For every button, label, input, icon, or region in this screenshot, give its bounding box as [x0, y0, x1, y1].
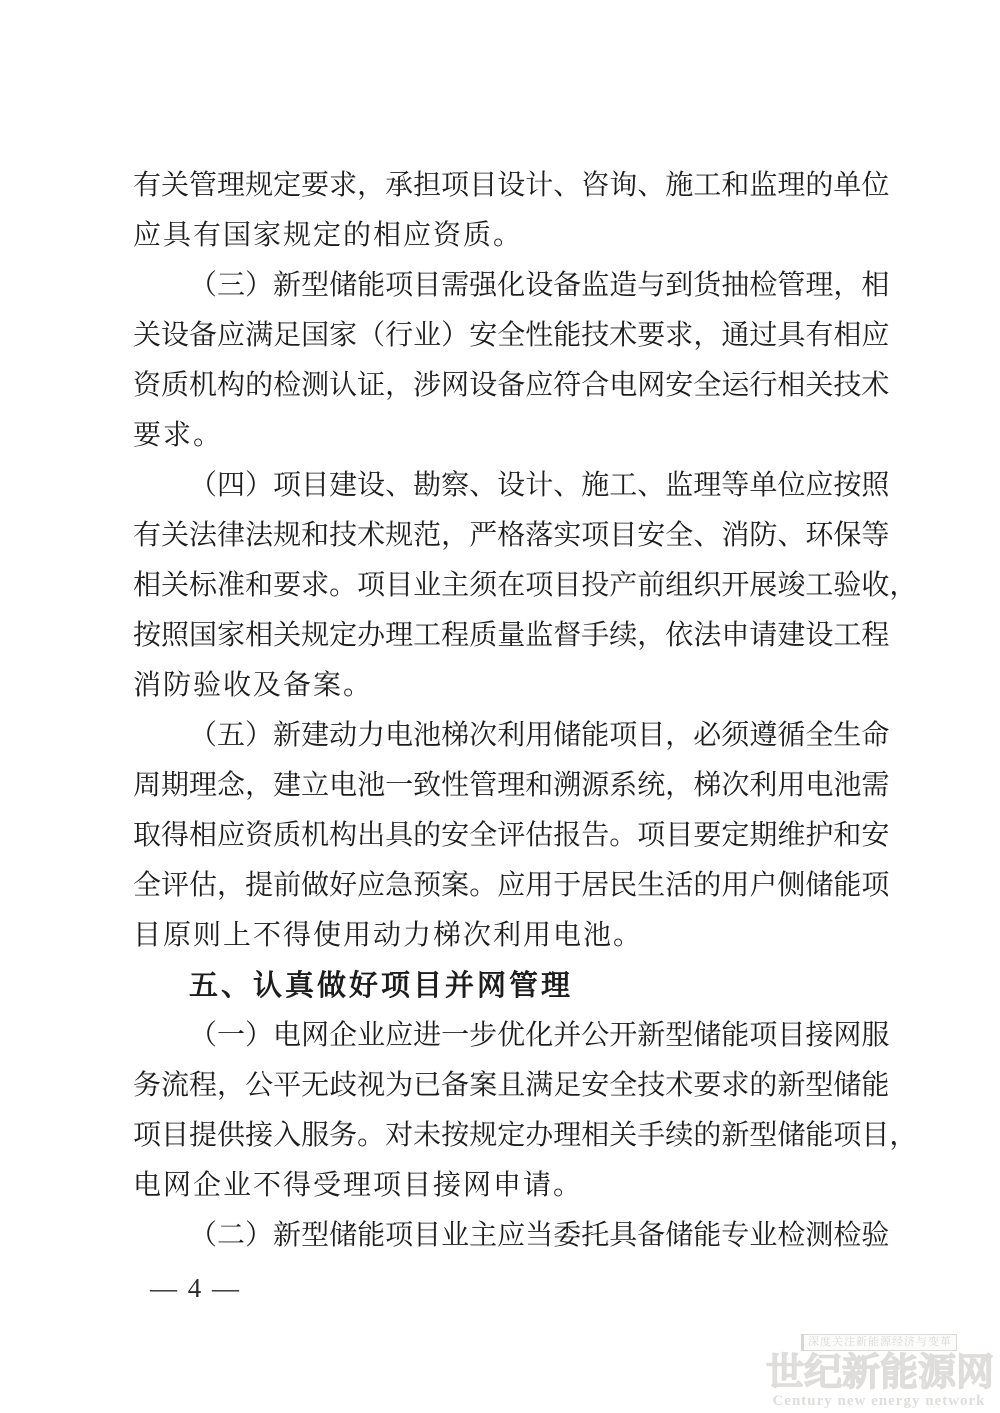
glyph: 设 — [805, 611, 833, 661]
glyph: 居 — [581, 861, 609, 911]
glyph: 相 — [189, 811, 217, 861]
glyph: ， — [693, 311, 721, 361]
glyph: 出 — [357, 811, 385, 861]
glyph: 项 — [833, 1111, 861, 1161]
text-line: 相关标准和要求。项目业主须在项目投产前组织开展竣工验收， — [133, 561, 873, 611]
glyph: 设 — [497, 461, 525, 511]
glyph: 三 — [217, 261, 245, 311]
glyph: 报 — [553, 811, 581, 861]
glyph: 业 — [749, 1211, 777, 1261]
glyph: 户 — [749, 861, 777, 911]
glyph: 目 — [637, 711, 665, 761]
glyph: 实 — [553, 511, 581, 561]
glyph: 依 — [665, 611, 693, 661]
glyph: 安 — [637, 511, 665, 561]
glyph: 开 — [721, 561, 749, 611]
glyph: 未 — [413, 1111, 441, 1161]
glyph: 且 — [497, 1061, 525, 1111]
glyph: 单 — [749, 461, 777, 511]
glyph: 的 — [693, 1111, 721, 1161]
glyph: 电 — [385, 711, 413, 761]
glyph: 须 — [469, 561, 497, 611]
glyph: 与 — [637, 261, 665, 311]
glyph: 国 — [189, 611, 217, 661]
glyph: 业 — [413, 561, 441, 611]
glyph: 规 — [301, 611, 329, 661]
glyph: 目 — [469, 161, 497, 211]
glyph: 取 — [133, 811, 161, 861]
glyph: 法 — [693, 611, 721, 661]
glyph: 资 — [245, 811, 273, 861]
glyph: 应 — [861, 311, 889, 361]
glyph: （ — [189, 261, 217, 311]
glyph: 念 — [217, 761, 245, 811]
glyph: 足 — [553, 1061, 581, 1111]
glyph: 项 — [133, 1111, 161, 1161]
glyph: 服 — [301, 1111, 329, 1161]
glyph: 储 — [329, 1211, 357, 1261]
glyph: 池 — [833, 761, 861, 811]
glyph: ， — [637, 611, 665, 661]
glyph: 项 — [357, 561, 385, 611]
glyph: 前 — [637, 561, 665, 611]
glyph: 监 — [665, 461, 693, 511]
document-page: 有关管理规定要求，承担项目设计、咨询、施工和监理的单位应具有国家规定的相应资质。… — [0, 0, 1000, 1413]
glyph: 项 — [637, 811, 665, 861]
glyph: 遵 — [749, 711, 777, 761]
glyph: 四 — [217, 461, 245, 511]
glyph: 、 — [777, 511, 805, 561]
glyph: 的 — [749, 1061, 777, 1111]
glyph: 新 — [273, 261, 301, 311]
glyph: 标 — [189, 561, 217, 611]
glyph: 储 — [693, 1011, 721, 1061]
glyph: 验 — [861, 1211, 889, 1261]
glyph: 必 — [693, 711, 721, 761]
glyph: 和 — [525, 761, 553, 811]
glyph: 务 — [329, 1111, 357, 1161]
glyph: 供 — [217, 1111, 245, 1161]
glyph: 目 — [161, 1111, 189, 1161]
glyph: ， — [217, 1061, 245, 1111]
glyph: 力 — [357, 711, 385, 761]
glyph: 应 — [525, 361, 553, 411]
glyph: 工 — [805, 561, 833, 611]
watermark-slogan: 深度关注新能源经济与变革 — [801, 1334, 957, 1351]
glyph: 提 — [245, 861, 273, 911]
glyph: 新 — [637, 1011, 665, 1061]
glyph: 目 — [609, 511, 637, 561]
text-line: （四）项目建设、勘察、设计、施工、监理等单位应按照 — [133, 461, 873, 511]
glyph: ， — [385, 361, 413, 411]
glyph: 照 — [161, 611, 189, 661]
glyph: 照 — [861, 461, 889, 511]
glyph: 源 — [581, 761, 609, 811]
glyph: 环 — [805, 511, 833, 561]
glyph: 并 — [553, 1011, 581, 1061]
glyph: 织 — [693, 561, 721, 611]
glyph: 评 — [161, 861, 189, 911]
text-line: 有关法律法规和技术规范，严格落实项目安全、消防、环保等 — [133, 511, 873, 561]
glyph: ， — [889, 561, 917, 611]
glyph: 歧 — [329, 1061, 357, 1111]
glyph: 质 — [161, 361, 189, 411]
glyph: 一 — [385, 761, 413, 811]
glyph: 视 — [357, 1061, 385, 1111]
glyph: 律 — [217, 511, 245, 561]
glyph: 安 — [665, 361, 693, 411]
glyph: 产 — [609, 561, 637, 611]
glyph: 企 — [329, 1011, 357, 1061]
glyph: 建 — [273, 761, 301, 811]
glyph: 公 — [245, 1061, 273, 1111]
glyph: 等 — [861, 511, 889, 561]
glyph: 安 — [469, 311, 497, 361]
glyph: 储 — [665, 1211, 693, 1261]
glyph: 活 — [665, 861, 693, 911]
glyph: 关 — [805, 361, 833, 411]
glyph: 对 — [385, 1111, 413, 1161]
glyph: 侧 — [777, 861, 805, 911]
glyph: 和 — [301, 511, 329, 561]
glyph: 好 — [329, 861, 357, 911]
glyph: （ — [189, 1011, 217, 1061]
text-line: 有关管理规定要求，承担项目设计、咨询、施工和监理的单位 — [133, 161, 873, 211]
text-line: （五）新建动力电池梯次利用储能项目，必须遵循全生命 — [133, 711, 873, 761]
glyph: 范 — [413, 511, 441, 561]
glyph: 单 — [833, 161, 861, 211]
glyph: 建 — [777, 611, 805, 661]
glyph: 理 — [805, 261, 833, 311]
glyph: 施 — [665, 161, 693, 211]
glyph: 在 — [497, 561, 525, 611]
glyph: 全 — [497, 311, 525, 361]
glyph: 抽 — [721, 261, 749, 311]
glyph: 相 — [777, 361, 805, 411]
glyph: 目 — [553, 561, 581, 611]
glyph: 展 — [749, 561, 777, 611]
glyph: 目 — [665, 811, 693, 861]
glyph: 手 — [637, 1111, 665, 1161]
glyph: 梯 — [693, 761, 721, 811]
glyph: 型 — [665, 1011, 693, 1061]
glyph: 全 — [609, 1061, 637, 1111]
glyph: 评 — [497, 811, 525, 861]
glyph: 构 — [329, 811, 357, 861]
glyph: 监 — [581, 261, 609, 311]
glyph: 程 — [861, 611, 889, 661]
glyph: 委 — [553, 1211, 581, 1261]
glyph: 业 — [441, 1211, 469, 1261]
glyph: 致 — [413, 761, 441, 811]
glyph: 资 — [133, 361, 161, 411]
glyph: 备 — [553, 261, 581, 311]
document-body: 有关管理规定要求，承担项目设计、咨询、施工和监理的单位应具有国家规定的相应资质。… — [133, 161, 873, 1261]
glyph: 电 — [273, 1011, 301, 1061]
glyph: 备 — [189, 311, 217, 361]
glyph: 目 — [861, 1111, 889, 1161]
glyph: 理 — [693, 461, 721, 511]
glyph: 安 — [441, 811, 469, 861]
glyph: 于 — [553, 861, 581, 911]
text-line: 应具有国家规定的相应资质。 — [133, 211, 873, 261]
glyph: 电 — [805, 761, 833, 811]
glyph: 设 — [469, 361, 497, 411]
glyph: 防 — [749, 511, 777, 561]
glyph: 案 — [441, 861, 469, 911]
glyph: 规 — [385, 511, 413, 561]
glyph: 测 — [805, 1211, 833, 1261]
glyph: 手 — [581, 611, 609, 661]
glyph: 要 — [301, 161, 329, 211]
glyph: 国 — [301, 311, 329, 361]
glyph: 规 — [469, 1111, 497, 1161]
glyph: 技 — [833, 361, 861, 411]
glyph: ， — [217, 861, 245, 911]
glyph: 定 — [273, 161, 301, 211]
glyph: 项 — [273, 461, 301, 511]
glyph: 强 — [469, 261, 497, 311]
glyph: 应 — [217, 311, 245, 361]
glyph: 能 — [357, 261, 385, 311]
glyph: 务 — [133, 1061, 161, 1111]
glyph: 性 — [525, 311, 553, 361]
glyph: 为 — [385, 1061, 413, 1111]
glyph: 求 — [301, 561, 329, 611]
glyph: 关 — [273, 611, 301, 661]
glyph: 证 — [357, 361, 385, 411]
glyph: 术 — [861, 361, 889, 411]
glyph: ， — [357, 161, 385, 211]
glyph: 要 — [693, 1061, 721, 1111]
page-number: — 4 — — [150, 1263, 241, 1313]
glyph: 理 — [385, 611, 413, 661]
glyph: 督 — [553, 611, 581, 661]
glyph: 监 — [749, 161, 777, 211]
glyph: 关 — [161, 511, 189, 561]
glyph: 备 — [441, 1061, 469, 1111]
glyph: 化 — [497, 261, 525, 311]
text-line: （二）新型储能项目业主应当委托具备储能专业检测检验 — [133, 1211, 873, 1261]
glyph: 网 — [637, 361, 665, 411]
glyph: 全 — [805, 711, 833, 761]
glyph: 期 — [161, 761, 189, 811]
glyph: 机 — [301, 811, 329, 861]
glyph: 具 — [777, 311, 805, 361]
glyph: 预 — [413, 861, 441, 911]
glyph: 能 — [357, 1211, 385, 1261]
glyph: 系 — [609, 761, 637, 811]
glyph: 须 — [721, 711, 749, 761]
text-line: 全评估，提前做好应急预案。应用于居民生活的用户侧储能项 — [133, 861, 873, 911]
glyph: 接 — [245, 1111, 273, 1161]
glyph: 型 — [301, 261, 329, 311]
glyph: 得 — [161, 811, 189, 861]
glyph: 估 — [189, 861, 217, 911]
glyph: 命 — [861, 711, 889, 761]
glyph: 符 — [553, 361, 581, 411]
glyph: 准 — [217, 561, 245, 611]
glyph: 项 — [441, 161, 469, 211]
glyph: 目 — [301, 461, 329, 511]
glyph: （ — [189, 711, 217, 761]
glyph: 要 — [637, 311, 665, 361]
glyph: 池 — [413, 711, 441, 761]
glyph: ， — [889, 1111, 917, 1161]
glyph: 机 — [189, 361, 217, 411]
glyph: 程 — [441, 611, 469, 661]
glyph: 用 — [525, 711, 553, 761]
glyph: 的 — [413, 811, 441, 861]
glyph: 的 — [245, 361, 273, 411]
glyph: 利 — [497, 711, 525, 761]
glyph: 管 — [777, 261, 805, 311]
text-line: 要求。 — [133, 411, 873, 461]
glyph: 需 — [441, 261, 469, 311]
glyph: 建 — [301, 711, 329, 761]
glyph: 计 — [525, 461, 553, 511]
glyph: 能 — [861, 1061, 889, 1111]
glyph: 管 — [189, 161, 217, 211]
glyph: 。 — [609, 811, 637, 861]
glyph: 用 — [777, 761, 805, 811]
glyph: 落 — [525, 511, 553, 561]
glyph: 托 — [581, 1211, 609, 1261]
glyph: 新 — [273, 711, 301, 761]
glyph: ） — [245, 261, 273, 311]
text-line: 项目提供接入服务。对未按规定办理相关手续的新型储能项目， — [133, 1111, 873, 1161]
glyph: 估 — [525, 811, 553, 861]
watermark: 深度关注新能源经济与变革 世纪新能源网 Century new energy n… — [766, 1332, 992, 1409]
glyph: 察 — [441, 461, 469, 511]
glyph: 勘 — [413, 461, 441, 511]
glyph: 新 — [721, 1111, 749, 1161]
glyph: 关 — [133, 311, 161, 361]
glyph: 型 — [301, 1211, 329, 1261]
glyph: 用 — [525, 861, 553, 911]
glyph: 应 — [385, 1011, 413, 1061]
glyph: 型 — [805, 1061, 833, 1111]
glyph: 检 — [273, 361, 301, 411]
glyph: ， — [665, 761, 693, 811]
glyph: 具 — [385, 811, 413, 861]
glyph: 。 — [469, 861, 497, 911]
glyph: 储 — [805, 861, 833, 911]
glyph: 性 — [441, 761, 469, 811]
glyph: 能 — [721, 1011, 749, 1061]
glyph: 法 — [245, 511, 273, 561]
text-line: （三）新型储能项目需强化设备监造与到货抽检管理，相 — [133, 261, 873, 311]
glyph: 测 — [301, 361, 329, 411]
section-heading: 五、认真做好项目并网管理 — [133, 961, 873, 1011]
glyph: 项 — [581, 511, 609, 561]
glyph: 开 — [609, 1011, 637, 1061]
glyph: 通 — [721, 311, 749, 361]
glyph: 检 — [777, 1211, 805, 1261]
glyph: 能 — [581, 711, 609, 761]
text-line: 资质机构的检测认证，涉网设备应符合电网安全运行相关技术 — [133, 361, 873, 411]
glyph: 次 — [469, 711, 497, 761]
glyph: 投 — [581, 561, 609, 611]
glyph: 相 — [245, 611, 273, 661]
glyph: 等 — [721, 461, 749, 511]
glyph: 办 — [357, 611, 385, 661]
glyph: 储 — [833, 1061, 861, 1111]
glyph: 货 — [693, 261, 721, 311]
glyph: 关 — [609, 1111, 637, 1161]
glyph: 统 — [637, 761, 665, 811]
glyph: 周 — [133, 761, 161, 811]
glyph: 民 — [609, 861, 637, 911]
glyph: 。 — [329, 561, 357, 611]
text-line: 目原则上不得使用动力梯次利用电池。 — [133, 911, 873, 961]
glyph: 安 — [581, 1061, 609, 1111]
glyph: 能 — [693, 1211, 721, 1261]
glyph: 业 — [357, 1011, 385, 1061]
glyph: 担 — [413, 161, 441, 211]
glyph: 足 — [273, 311, 301, 361]
glyph: 求 — [665, 311, 693, 361]
glyph: 急 — [385, 861, 413, 911]
glyph: 二 — [217, 1211, 245, 1261]
glyph: 咨 — [581, 161, 609, 211]
glyph: 网 — [441, 361, 469, 411]
text-line: 电网企业不得受理项目接网申请。 — [133, 1161, 873, 1211]
glyph: 检 — [833, 1211, 861, 1261]
glyph: 定 — [721, 811, 749, 861]
glyph: 和 — [245, 561, 273, 611]
glyph: 能 — [833, 861, 861, 911]
glyph: 全 — [469, 811, 497, 861]
glyph: 术 — [609, 311, 637, 361]
glyph: 业 — [413, 311, 441, 361]
glyph: 型 — [749, 1111, 777, 1161]
glyph: 当 — [525, 1211, 553, 1261]
glyph: 案 — [469, 1061, 497, 1111]
glyph: 应 — [217, 811, 245, 861]
text-line: 关设备应满足国家（行业）安全性能技术要求，通过具有相应 — [133, 311, 873, 361]
glyph: ， — [665, 711, 693, 761]
glyph: 程 — [189, 1061, 217, 1111]
glyph: 承 — [385, 161, 413, 211]
glyph: 建 — [329, 461, 357, 511]
glyph: 的 — [693, 861, 721, 911]
glyph: 工 — [609, 461, 637, 511]
glyph: 安 — [861, 811, 889, 861]
glyph: 量 — [497, 611, 525, 661]
glyph: 全 — [693, 361, 721, 411]
glyph: 、 — [637, 161, 665, 211]
glyph: 服 — [861, 1011, 889, 1061]
glyph: 理 — [777, 161, 805, 211]
glyph: 主 — [469, 1211, 497, 1261]
glyph: 、 — [469, 461, 497, 511]
glyph: 应 — [357, 861, 385, 911]
glyph: 项 — [749, 1011, 777, 1061]
glyph: 关 — [161, 561, 189, 611]
glyph: 利 — [749, 761, 777, 811]
glyph: 告 — [581, 811, 609, 861]
glyph: 按 — [833, 461, 861, 511]
glyph: 请 — [749, 611, 777, 661]
glyph: 次 — [721, 761, 749, 811]
text-line: 消防验收及备案。 — [133, 661, 873, 711]
glyph: ， — [833, 261, 861, 311]
glyph: 行 — [749, 361, 777, 411]
glyph: 相 — [861, 261, 889, 311]
glyph: ） — [245, 461, 273, 511]
glyph: 规 — [273, 511, 301, 561]
